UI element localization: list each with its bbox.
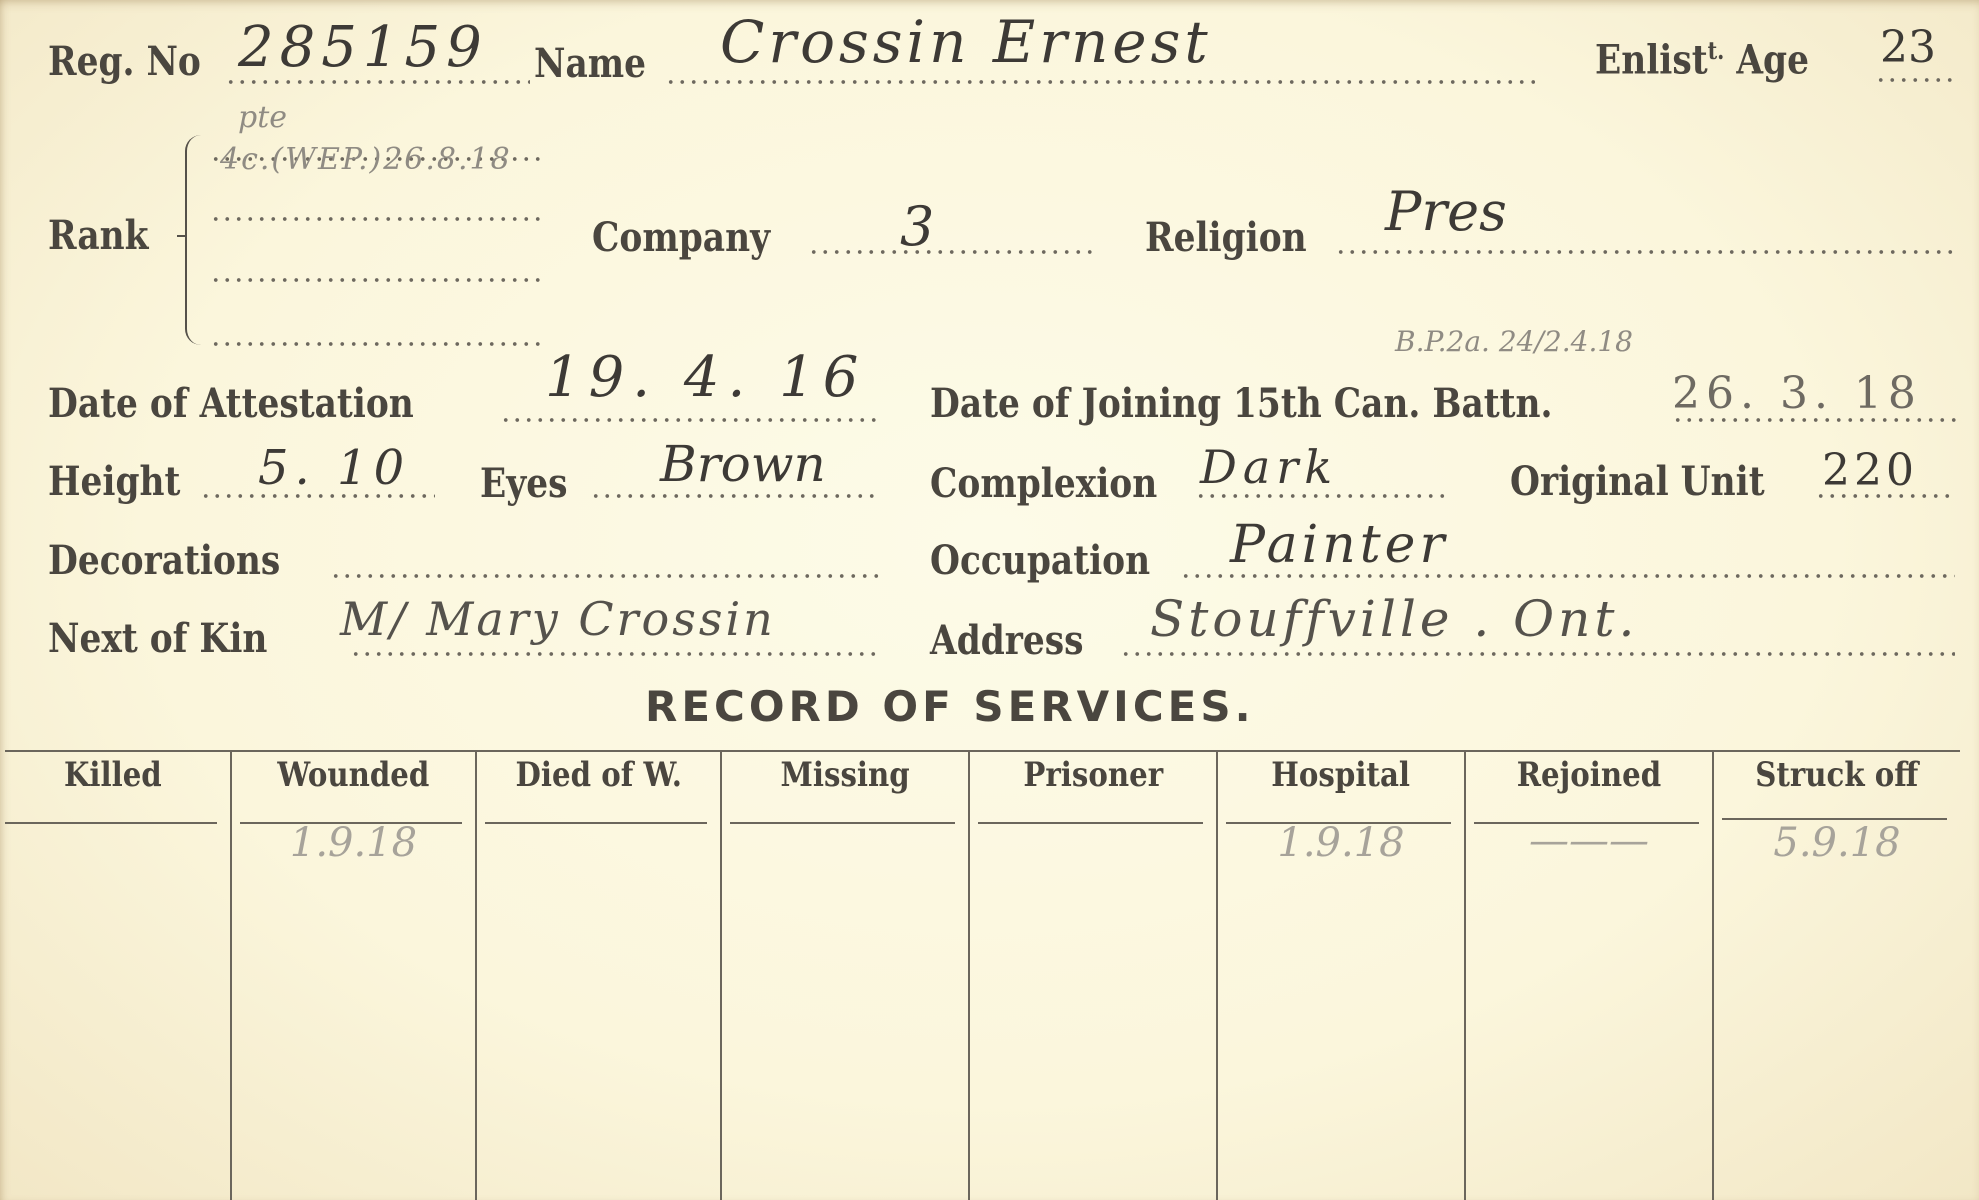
age-value: 23 — [1880, 22, 1936, 73]
rejoined-value: ——— — [1466, 818, 1712, 864]
header-underline — [730, 822, 955, 824]
original-unit-value: 220 — [1822, 445, 1918, 496]
column-header-died-of-wounds: Died of W. — [477, 755, 720, 805]
header-underline — [5, 822, 217, 824]
service-record-card: Reg. No 285159 Name Crossin Ernest Enlis… — [0, 0, 1979, 1200]
rank-dots-4 — [210, 342, 540, 346]
header-underline — [978, 822, 1203, 824]
eyes-dots — [590, 494, 880, 498]
column-header-missing: Missing — [722, 755, 968, 805]
address-label: Address — [930, 617, 1084, 664]
religion-label: Religion — [1145, 214, 1307, 261]
enlist-age-label: Enlistt. Age — [1595, 36, 1809, 83]
height-label: Height — [48, 458, 180, 505]
joining-note: B.P.2a. 24/2.4.18 — [1395, 325, 1633, 358]
occupation-label: Occupation — [930, 537, 1150, 584]
decorations-dots — [330, 574, 880, 578]
column-header-struck-off: Struck off — [1714, 755, 1960, 805]
decorations-label: Decorations — [48, 537, 280, 584]
height-value: 5. 10 — [258, 440, 410, 496]
next-of-kin-value: M/ Mary Crossin — [340, 592, 776, 646]
complexion-value: Dark — [1200, 440, 1338, 494]
reg-no-dots — [225, 80, 530, 84]
rank-brace — [185, 135, 209, 345]
attestation-dots — [500, 418, 880, 422]
table-top-rule — [5, 750, 1960, 752]
hospital-value: 1.9.18 — [1218, 820, 1464, 866]
column-header-killed: Killed — [5, 755, 220, 805]
rank-label: Rank — [48, 212, 149, 259]
header-underline — [485, 822, 707, 824]
company-value: 3 — [900, 195, 934, 258]
rank-dots-3 — [210, 278, 540, 282]
next-of-kin-label: Next of Kin — [48, 615, 267, 662]
column-header-rejoined: Rejoined — [1466, 755, 1712, 805]
column-divider — [968, 752, 970, 1200]
eyes-label: Eyes — [480, 460, 567, 507]
rank-dots-2 — [210, 217, 540, 221]
eyes-value: Brown — [660, 435, 826, 493]
address-dots — [1120, 652, 1955, 656]
complexion-dots — [1195, 494, 1450, 498]
attestation-value: 19. 4. 16 — [545, 345, 866, 410]
name-dots — [665, 80, 1535, 84]
name-label: Name — [534, 40, 646, 87]
company-dots — [808, 250, 1093, 254]
religion-value: Pres — [1385, 180, 1507, 243]
wounded-value: 1.9.18 — [232, 820, 475, 866]
joining-value: 26. 3. 18 — [1672, 368, 1922, 419]
column-header-wounded: Wounded — [232, 755, 475, 805]
name-value: Crossin Ernest — [720, 8, 1212, 76]
attestation-label: Date of Attestation — [48, 380, 414, 427]
reg-no-label: Reg. No — [48, 38, 201, 85]
column-divider — [475, 752, 477, 1200]
struck-off-value: 5.9.18 — [1714, 820, 1960, 866]
next-of-kin-dots — [350, 652, 880, 656]
address-value: Stouffville . Ont. — [1150, 590, 1638, 648]
record-of-services-title: RECORD OF SERVICES. — [645, 682, 1255, 731]
joining-label: Date of Joining 15th Can. Battn. — [930, 380, 1553, 427]
occupation-value: Painter — [1230, 515, 1448, 575]
column-divider — [720, 752, 722, 1200]
age-dots — [1875, 78, 1955, 82]
religion-dots — [1335, 250, 1955, 254]
original-unit-label: Original Unit — [1510, 458, 1765, 505]
column-header-prisoner: Prisoner — [970, 755, 1216, 805]
rank-entry-1: pte — [238, 100, 287, 135]
complexion-label: Complexion — [930, 460, 1157, 507]
reg-no-value: 285159 — [238, 15, 488, 80]
rank-entry-2: 4c.(WEP.)26.8.18 — [220, 142, 512, 177]
column-header-hospital: Hospital — [1218, 755, 1464, 805]
company-label: Company — [592, 214, 770, 261]
